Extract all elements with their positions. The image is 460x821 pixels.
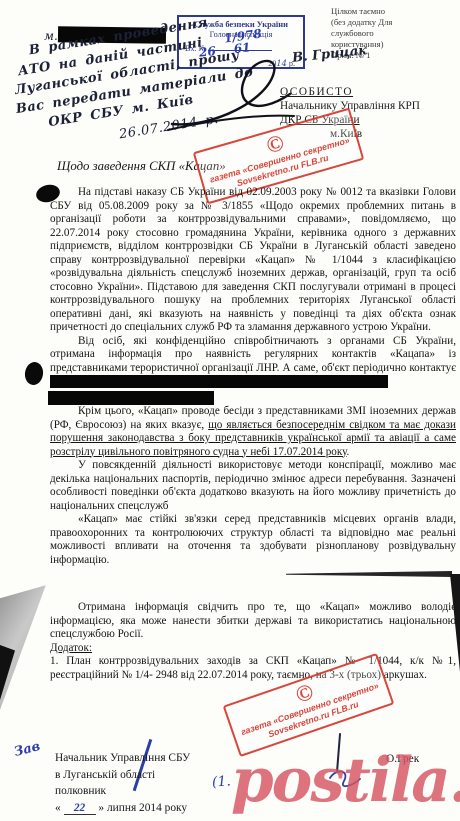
page-fold-artifact — [0, 580, 52, 710]
paragraph: У повсякденній діяльності використовує м… — [50, 459, 456, 513]
paragraph: Отримана інформація свідчить про те, що … — [50, 601, 456, 642]
addressee-title: Начальнику Управління КРП — [280, 99, 450, 113]
signature-date-line: « 22 » липня 2014 року — [55, 800, 190, 817]
date-month-year: липня 2014 року — [107, 802, 187, 814]
signer-block: Начальник Управління СБУ в Луганській об… — [55, 750, 190, 816]
classification-line: службового — [331, 28, 446, 39]
handwritten-day: 22 — [64, 803, 96, 815]
paragraph: Крім цього, «Кацап» проводе бесіди з пре… — [50, 405, 456, 459]
attachment-item: 1. План контррозвідувальних заходів за С… — [50, 655, 456, 682]
paragraph: Від осіб, які конфіденційно співробітнич… — [50, 335, 456, 406]
paragraph-text: . — [347, 446, 350, 458]
paragraph: «Кацап» має стійкі зв'язки серед предста… — [50, 513, 456, 567]
redaction-bar-line2 — [48, 391, 214, 405]
hole-punch-mark — [23, 361, 44, 386]
paragraph: На підставі наказу СБ України від 02.09.… — [50, 186, 456, 335]
paragraph-text: Від осіб, які конфіденційно співробітнич… — [50, 335, 456, 374]
quote-open: « — [55, 802, 61, 814]
redaction-bar-inline — [50, 375, 388, 388]
scanned-document-page: м. Служба безпеки України Головна інспек… — [0, 0, 460, 821]
classification-line: (без додатку Для — [331, 17, 446, 28]
handwritten-paren-mark: (1. — [211, 773, 231, 790]
attachment-label: Додаток: — [50, 642, 456, 656]
handwritten-zav-mark: Зав — [13, 739, 42, 760]
classification-line: Цілком таємно — [331, 6, 446, 17]
personal-marking: ОСОБИСТО — [280, 85, 450, 99]
document-body: На підставі наказу СБ України від 02.09.… — [50, 186, 456, 682]
site-watermark: postila.ru — [231, 746, 460, 816]
signer-rank: полковник — [55, 783, 190, 800]
signer-region: в Луганській області — [55, 767, 190, 784]
signer-title: Начальник Управління СБУ — [55, 750, 190, 767]
signature-flourish — [168, 52, 298, 132]
quote-close: » — [98, 802, 104, 814]
